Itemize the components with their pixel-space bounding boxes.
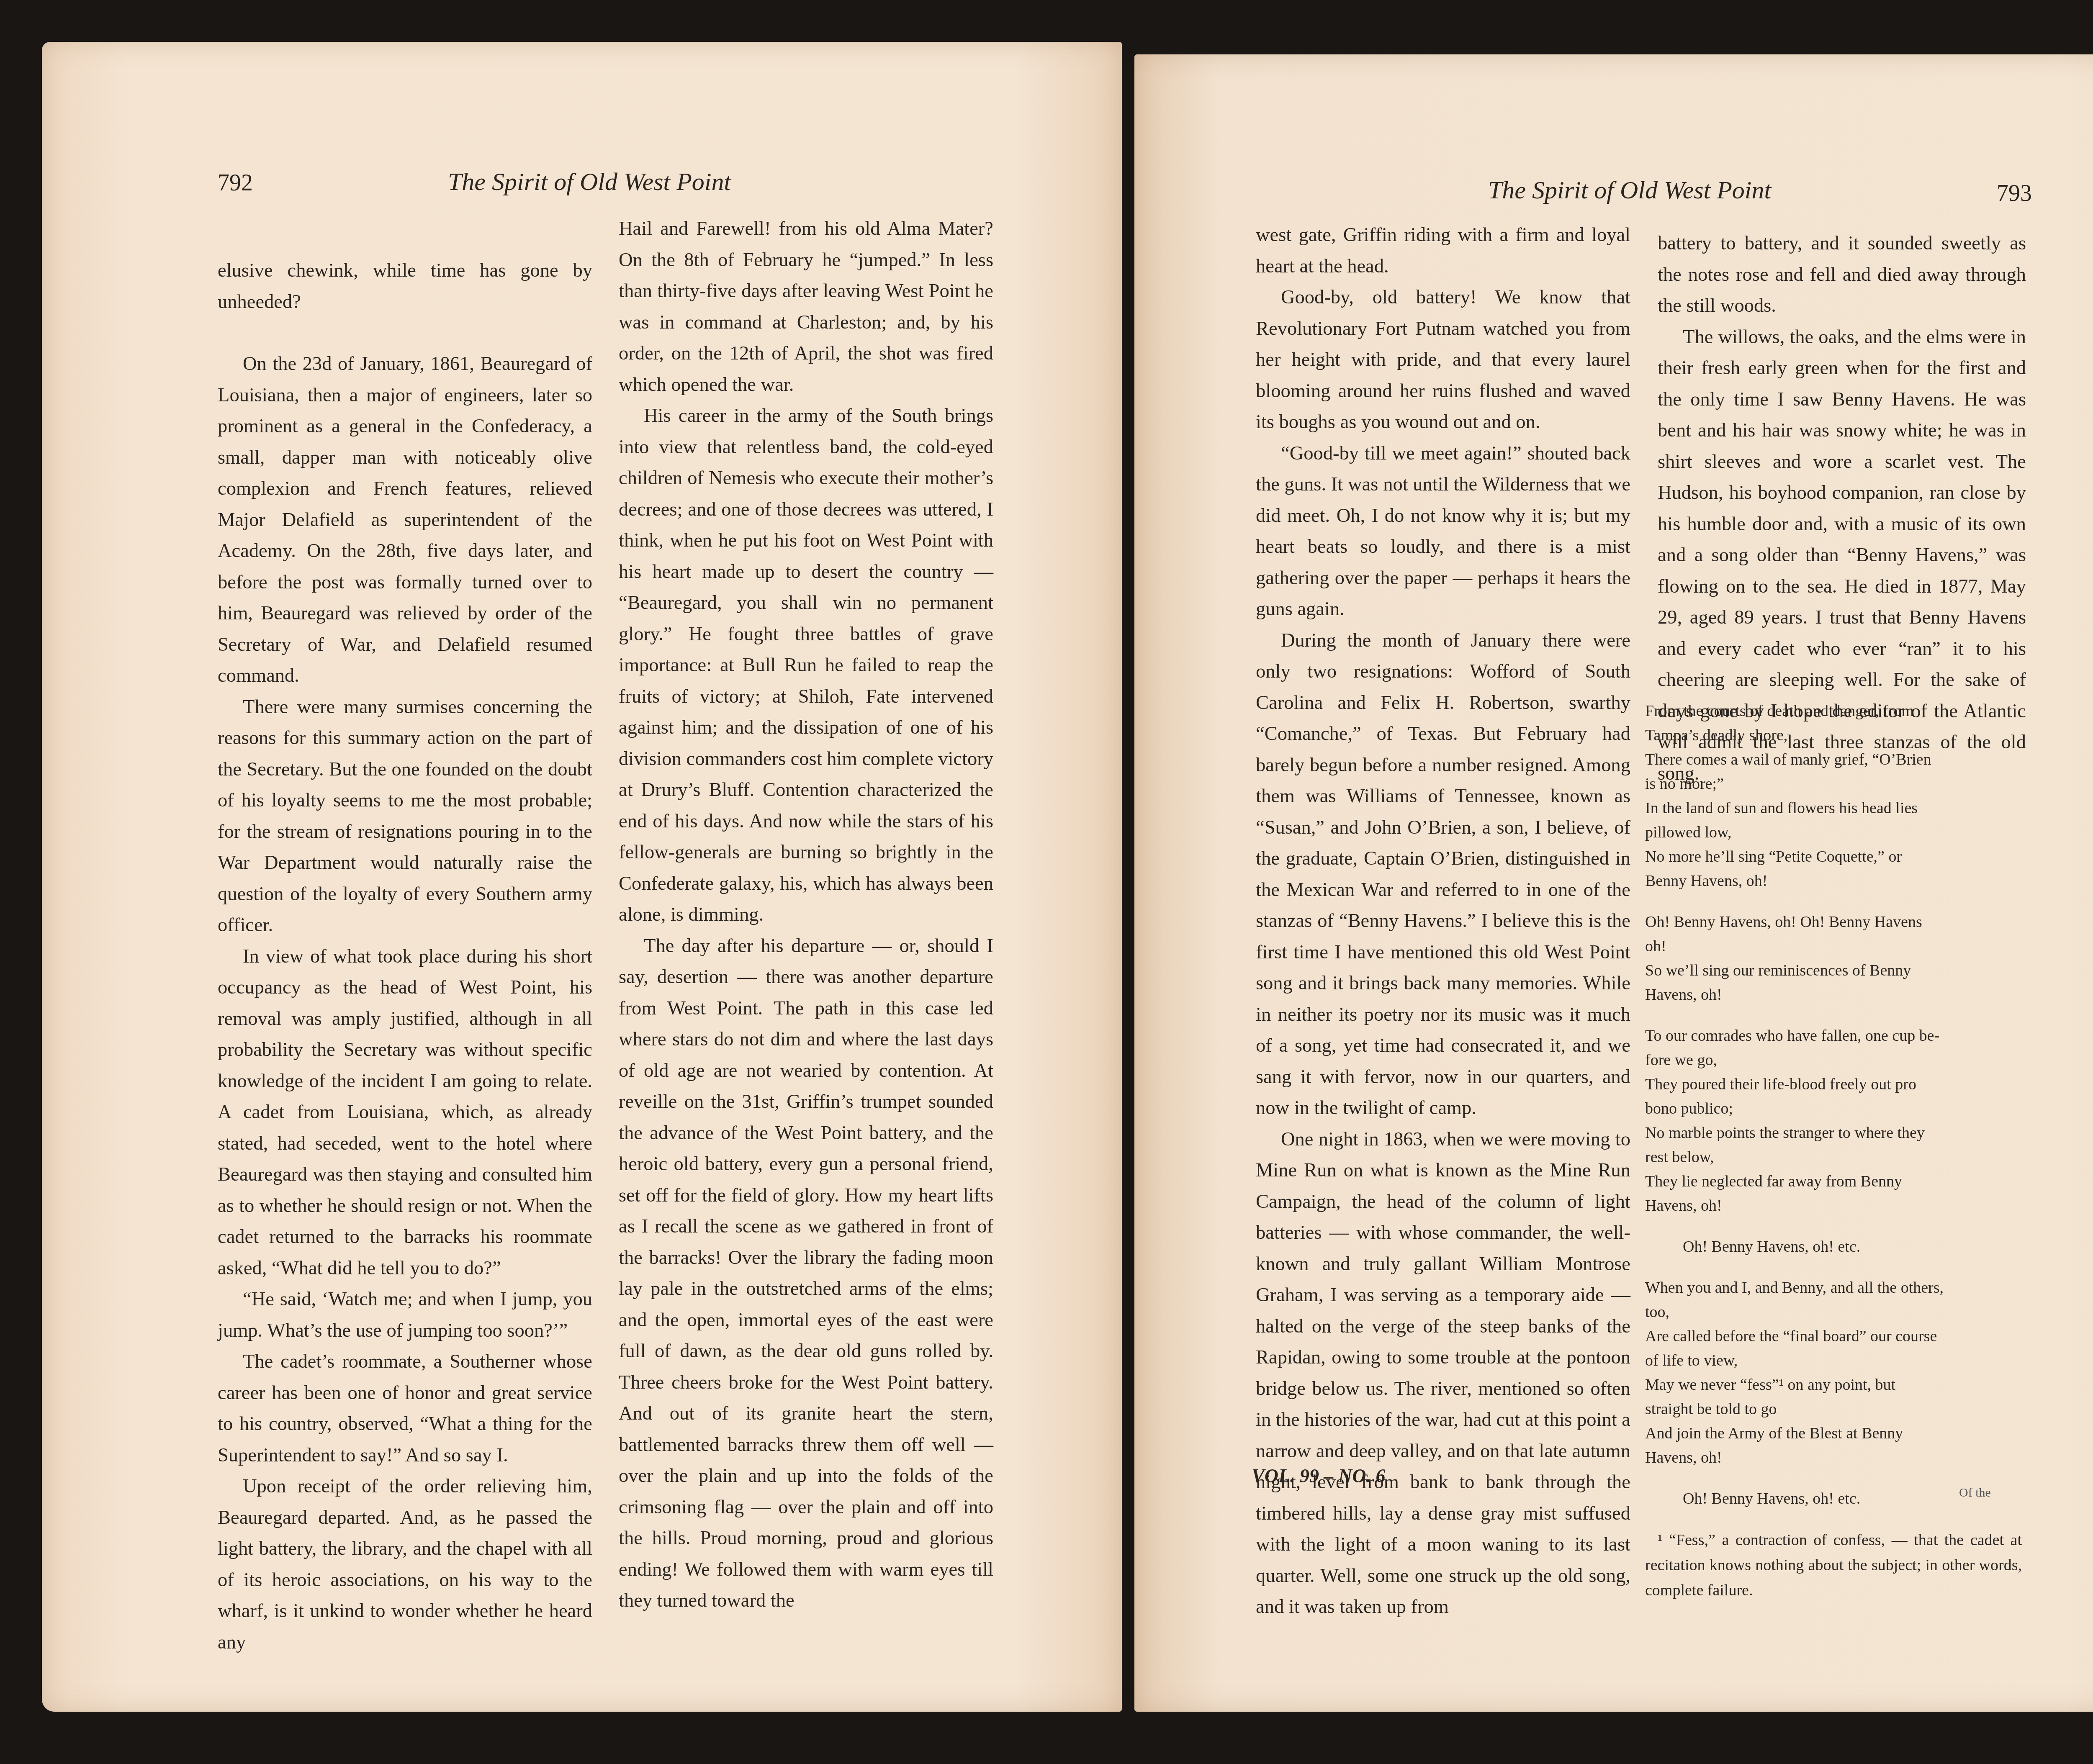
paragraph: battery to battery, and it sounded sweet…	[1658, 228, 2026, 322]
refrain: Oh! Benny Havens, oh! etc.	[1645, 1235, 2022, 1259]
signature-mark: VOL. 99 – NO. 6	[1252, 1465, 1385, 1487]
verse-line: Are called before the “final board” our …	[1645, 1324, 2022, 1373]
running-head-right: The Spirit of Old West Point	[1488, 176, 1771, 205]
paragraph: During the month of January there were o…	[1256, 625, 1630, 1124]
paragraph: The cadet’s roommate, a Southerner whose…	[218, 1346, 592, 1471]
page-number-left: 792	[218, 169, 253, 196]
verse-line: Oh! Benny Havens, oh! Oh! Benny Havensoh…	[1645, 910, 2022, 958]
paragraph: elusive chewink, while time has gone by …	[218, 255, 592, 318]
verse-line: And join the Army of the Blest at BennyH…	[1645, 1421, 2022, 1470]
verse-line: So we’ll sing our reminiscences of Benny…	[1645, 958, 2022, 1007]
verse-line: There comes a wail of manly grief, “O’Br…	[1645, 747, 2022, 796]
right-page-column-1: west gate, Griffin riding with a firm an…	[1256, 220, 1630, 1623]
left-page-column-2: Hail and Farewell! from his old Alma Mat…	[619, 213, 993, 1617]
verse-line: No more he’ll sing “Petite Coquette,” or…	[1645, 845, 2022, 893]
page-number-right: 793	[1997, 180, 2032, 207]
paragraph: There were many surmises concerning the …	[218, 692, 592, 941]
left-page-column-1: elusive chewink, while time has gone by …	[218, 255, 592, 1658]
paragraph: Good-by, old battery! We know that Revol…	[1256, 282, 1630, 438]
stanza: Oh! Benny Havens, oh! Oh! Benny Havensoh…	[1645, 910, 2022, 1007]
verse-line: To our comrades who have fallen, one cup…	[1645, 1024, 2022, 1072]
footnote: ¹ “Fess,” a contraction of confess, — th…	[1645, 1528, 2022, 1603]
verse-line: When you and I, and Benny, and all the o…	[1645, 1276, 2022, 1324]
stanza: To our comrades who have fallen, one cup…	[1645, 1024, 2022, 1218]
stanza: When you and I, and Benny, and all the o…	[1645, 1276, 2022, 1470]
paragraph: “He said, ‘Watch me; and when I jump, yo…	[218, 1284, 592, 1346]
paragraph: Hail and Farewell! from his old Alma Mat…	[619, 213, 993, 401]
verse-line: In the land of sun and flowers his head …	[1645, 796, 2022, 845]
paragraph: Upon receipt of the order relieving him,…	[218, 1471, 592, 1658]
paragraph: In view of what took place during his sh…	[218, 941, 592, 1284]
paragraph: The day after his departure — or, should…	[619, 931, 993, 1617]
running-head-left: The Spirit of Old West Point	[448, 167, 731, 196]
verse-line: They lie neglected far away from BennyHa…	[1645, 1169, 2022, 1218]
verse-line: From the courts of death and danger, fro…	[1645, 699, 2022, 747]
paragraph: His career in the army of the South brin…	[619, 401, 993, 931]
paragraph: west gate, Griffin riding with a firm an…	[1256, 220, 1630, 282]
verse-line: No marble points the stranger to where t…	[1645, 1121, 2022, 1169]
song-lyrics: From the courts of death and danger, fro…	[1645, 699, 2022, 1603]
catchword: Of the	[1959, 1486, 1991, 1500]
paragraph: “Good-by till we meet again!” shouted ba…	[1256, 438, 1630, 625]
paragraph: On the 23d of January, 1861, Beauregard …	[218, 349, 592, 692]
paragraph: One night in 1863, when we were moving t…	[1256, 1124, 1630, 1623]
stanza: From the courts of death and danger, fro…	[1645, 699, 2022, 893]
verse-line: They poured their life-blood freely out …	[1645, 1072, 2022, 1121]
verse-line: May we never “fess”¹ on any point, butst…	[1645, 1373, 2022, 1421]
